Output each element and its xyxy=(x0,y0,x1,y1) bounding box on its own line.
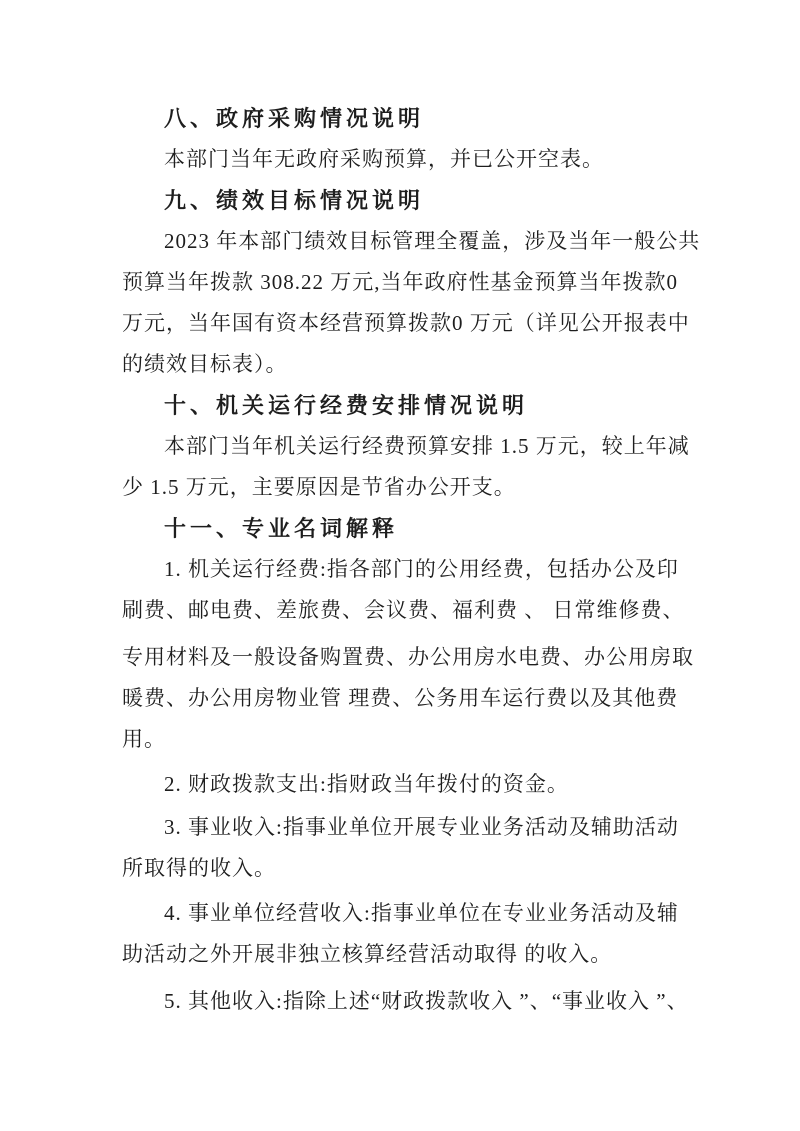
document-page: 八、政府采购情况说明 本部门当年无政府采购预算，并已公开空表。 九、绩效目标情况… xyxy=(0,0,800,1131)
glossary-term-1-line-3: 专用材料及一般设备购置费、办公用房水电费、办公用房取 xyxy=(122,637,760,678)
section-9-paragraph-line-2: 预算当年拨款 308.22 万元,当年政府性基金预算当年拨款0 xyxy=(122,262,760,303)
section-9-paragraph-line-3: 万元，当年国有资本经营预算拨款0 万元（详见公开报表中 xyxy=(122,303,760,344)
glossary-term-3-line-1: 3. 事业收入:指事业单位开展专业业务活动及辅助活动 xyxy=(122,807,760,848)
glossary-term-1-line-1: 1. 机关运行经费:指各部门的公用经费，包括办公及印 xyxy=(122,549,760,590)
section-10-heading-operating-expenses: 十、机关运行经费安排情况说明 xyxy=(122,385,760,426)
glossary-term-1-line-4: 暖费、办公用房物业管 理费、公务用车运行费以及其他费 xyxy=(122,678,760,719)
section-9-paragraph-line-1: 2023 年本部门绩效目标管理全覆盖，涉及当年一般公共 xyxy=(122,221,760,262)
section-8-paragraph: 本部门当年无政府采购预算，并已公开空表。 xyxy=(122,139,760,180)
glossary-term-4-line-1: 4. 事业单位经营收入:指事业单位在专业业务活动及辅 xyxy=(122,893,760,934)
section-8-heading-government-procurement: 八、政府采购情况说明 xyxy=(122,98,760,139)
section-10-paragraph-line-2: 少 1.5 万元，主要原因是节省办公开支。 xyxy=(122,467,760,508)
glossary-term-4-line-2: 助活动之外开展非独立核算经营活动取得 的收入。 xyxy=(122,934,760,975)
section-9-heading-performance-targets: 九、绩效目标情况说明 xyxy=(122,180,760,221)
glossary-term-2: 2. 财政拨款支出:指财政当年拨付的资金。 xyxy=(122,764,760,805)
glossary-term-3-line-2: 所取得的收入。 xyxy=(122,848,760,889)
glossary-term-1-line-5: 用。 xyxy=(122,719,760,760)
glossary-term-5-line-1: 5. 其他收入:指除上述“财政拨款收入 ”、“事业收入 ”、 xyxy=(122,981,760,1022)
section-9-paragraph-line-4: 的绩效目标表）。 xyxy=(122,344,760,385)
section-11-heading-glossary: 十一、专业名词解释 xyxy=(122,508,760,549)
section-10-paragraph-line-1: 本部门当年机关运行经费预算安排 1.5 万元，较上年减 xyxy=(122,426,760,467)
glossary-term-1-line-2: 刷费、邮电费、差旅费、会议费、福利费 、 日常维修费、 xyxy=(122,590,760,631)
